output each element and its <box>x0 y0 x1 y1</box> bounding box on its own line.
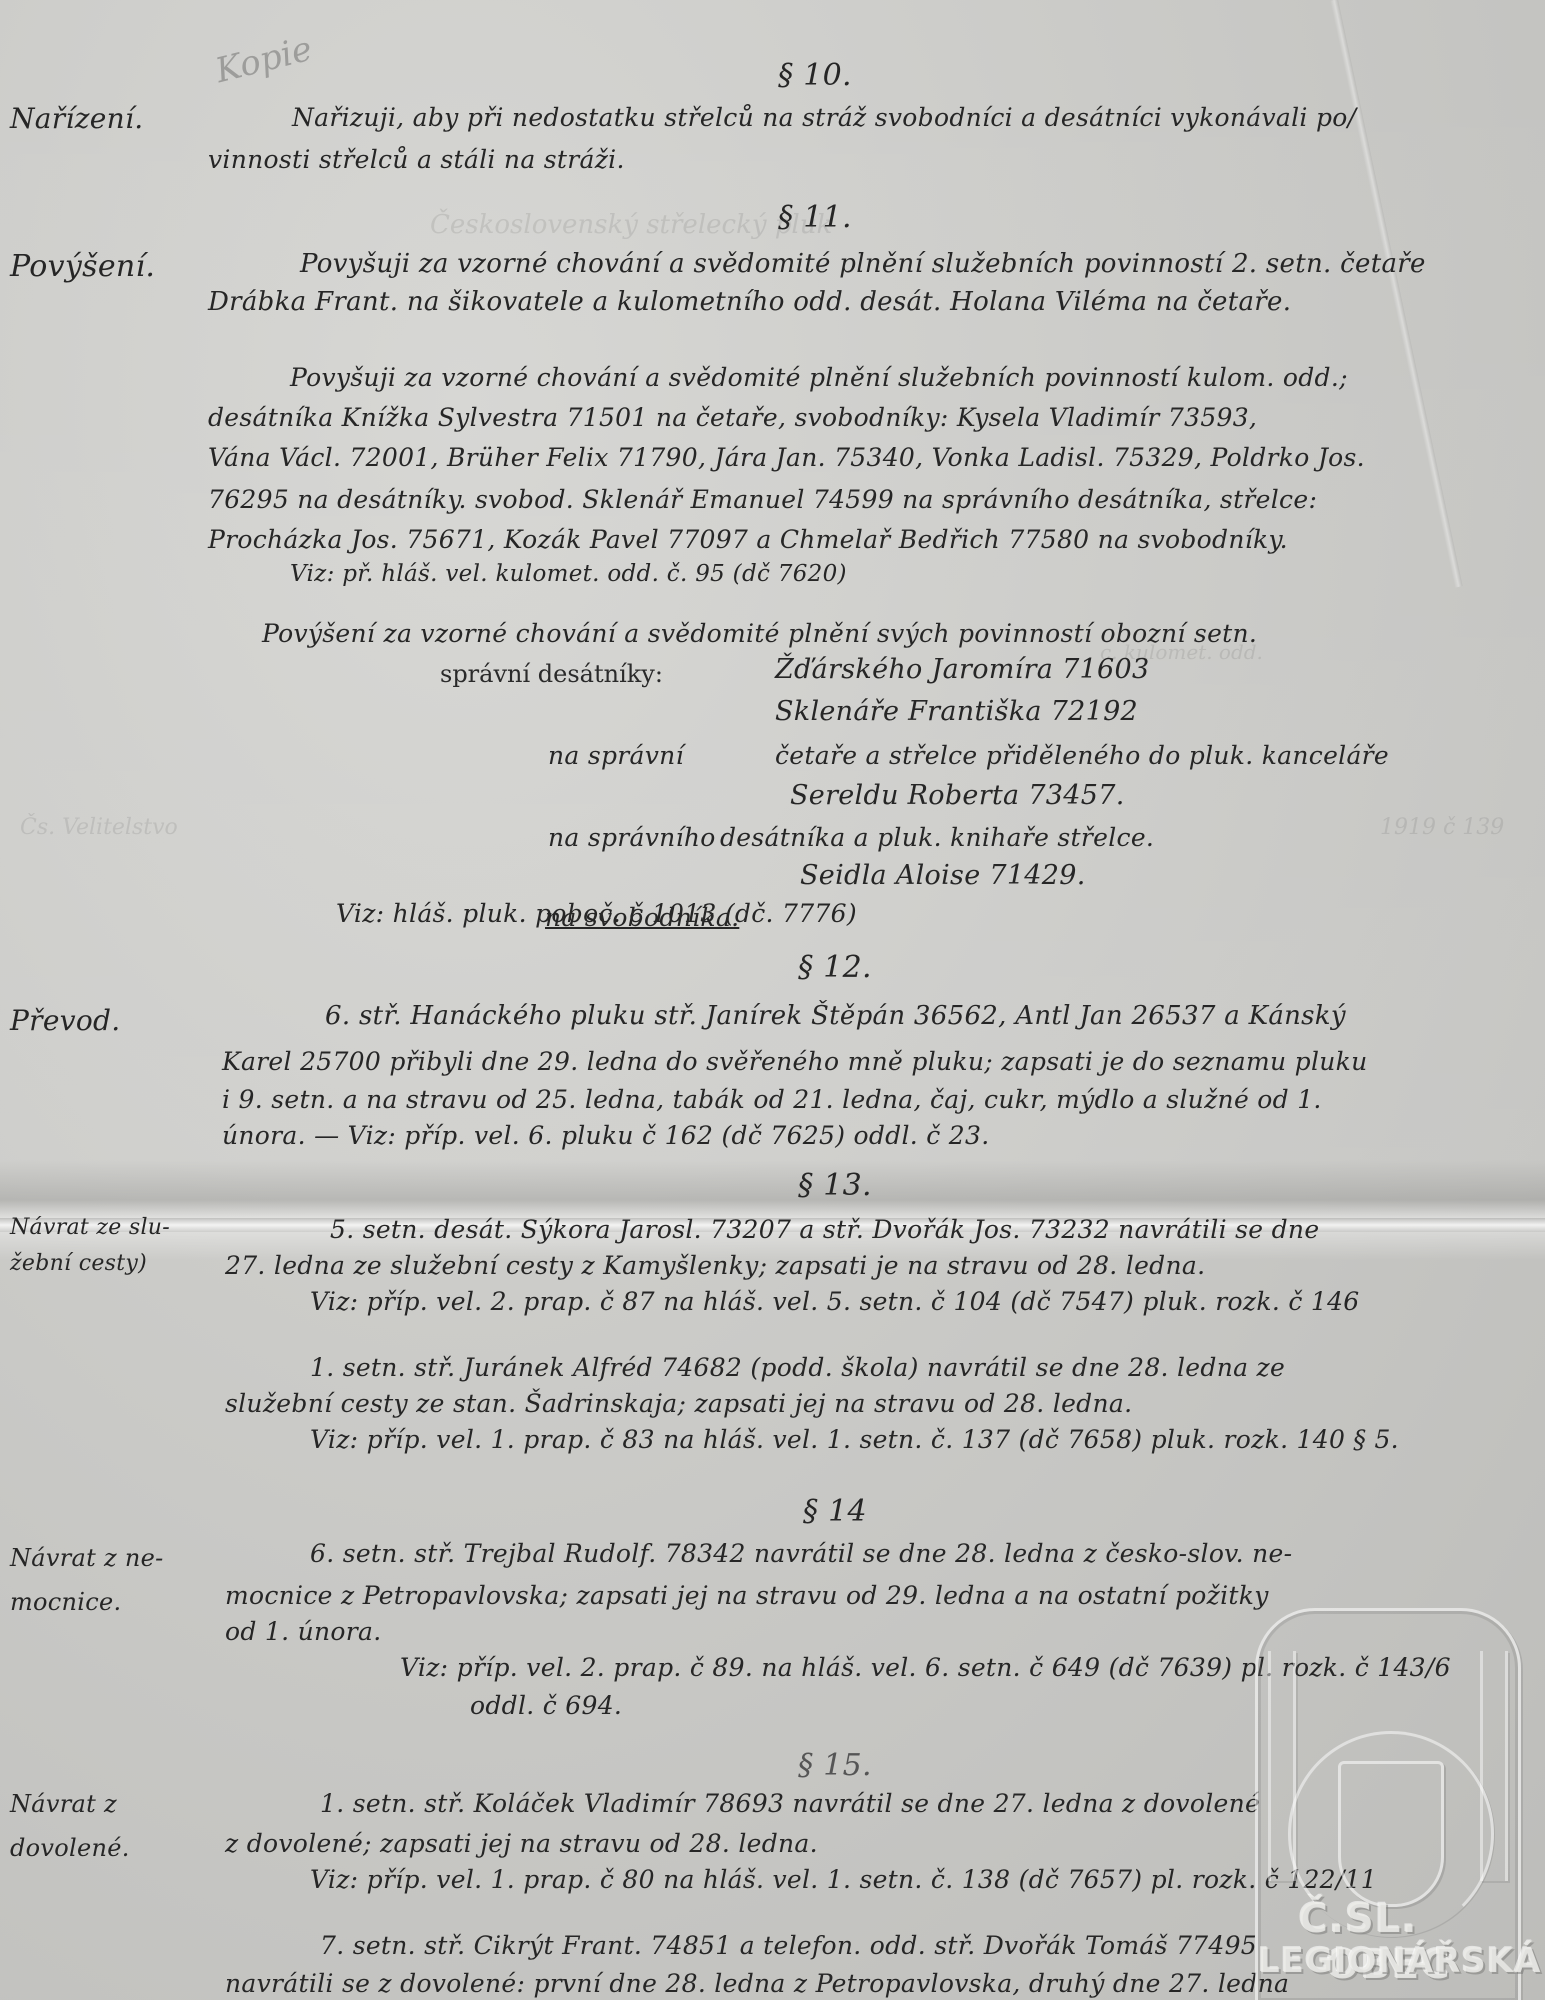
section-13-p1-reference: Viz: příp. vel. 2. prap. č 87 na hláš. v… <box>310 1284 1359 1320</box>
section-11-p2-line-3: Vána Václ. 72001, Brüher Felix 71790, Já… <box>208 440 1365 476</box>
section-11-p2-line-5: Procházka Jos. 75671, Kozák Pavel 77097 … <box>208 522 1288 558</box>
section-13-p2-reference: Viz: příp. vel. 1. prap. č 83 na hláš. v… <box>310 1422 1399 1458</box>
section-13-p1-line-1: 5. setn. desát. Sýkora Jarosl. 73207 a s… <box>330 1212 1319 1248</box>
section-12-line-4: února. — Viz: příp. vel. 6. pluku č 162 … <box>222 1118 989 1154</box>
embossed-legion-stamp: Č.SL.OBEC LEGIONÁŘSKÁ <box>1255 1608 1521 2000</box>
section-mark-10: § 10. <box>745 58 885 93</box>
section-11-p2-line-1: Povyšuji za vzorné chování a svědomité p… <box>290 360 1348 396</box>
section-14-line-3: od 1. února. <box>225 1614 381 1650</box>
margin-label-line: Návrat ze slu- <box>10 1210 210 1246</box>
section-mark-14: § 14 <box>765 1494 905 1529</box>
stamp-text-csl: Č.SL. <box>1298 1896 1417 1942</box>
section-mark-13: § 13. <box>765 1168 905 1203</box>
margin-label-line: dovolené. <box>10 1826 210 1870</box>
section-15-p1-line-1: 1. setn. stř. Koláček Vladimír 78693 nav… <box>320 1786 1260 1822</box>
margin-label-prevod: Převod. <box>10 1000 210 1042</box>
promotion-name: Seidla Aloise 71429. <box>800 858 1086 894</box>
margin-label-navrat-ze-sluzebni-cesty: Návrat ze slu- žební cesty) <box>10 1210 210 1282</box>
margin-label-povyseni: Povýšení. <box>10 246 210 288</box>
section-11-p1-line-2: Drábka Frant. na šikovatele a kulometníh… <box>208 284 1291 320</box>
section-11-p3-line-1: Povýšení za vzorné chování a svědomité p… <box>262 616 1257 652</box>
margin-label-narizeni: Nařízení. <box>10 98 210 140</box>
promotion-prefix: správní desátníky: <box>440 656 663 692</box>
stamp-text-line-2: LEGIONÁŘSKÁ <box>1258 1941 1518 1981</box>
margin-label-line: Návrat z ne- <box>10 1536 210 1580</box>
promotion-prefix: na správní <box>548 738 684 774</box>
margin-label-line: žební cesty) <box>10 1246 210 1282</box>
coat-of-arms-icon <box>1338 1761 1444 1907</box>
section-15-p1-reference: Viz: příp. vel. 1. prap. č 80 na hláš. v… <box>310 1862 1377 1898</box>
section-15-p2-line-2: navrátili se z dovolené: první dne 28. l… <box>225 1966 1289 2000</box>
section-mark-11: § 11. <box>745 200 885 235</box>
margin-label-line: mocnice. <box>10 1580 210 1624</box>
margin-label-navrat-z-dovolene: Návrat z dovolené. <box>10 1782 210 1870</box>
section-11-p2-line-4: 76295 na desátníky. svobod. Sklenář Eman… <box>208 482 1317 518</box>
section-14-line-2: mocnice z Petropavlovska; zapsati jej na… <box>225 1578 1269 1614</box>
section-10-line-2: vinnosti střelců a stáli na stráži. <box>208 142 625 178</box>
section-11-p2-reference: Viz: př. hláš. vel. kulomet. odd. č. 95 … <box>290 556 847 592</box>
promotion-name: Sereldu Roberta 73457. <box>790 778 1125 814</box>
section-10-line-1: Nařizuji, aby při nedostatku střelců na … <box>292 100 1356 136</box>
promotion-name: četaře a střelce přiděleného do pluk. ka… <box>775 738 1389 774</box>
section-mark-15: § 15. <box>765 1748 905 1783</box>
promotion-name: desátníka a pluk. knihaře střelce. <box>720 820 1154 856</box>
section-12-line-1: 6. stř. Hanáckého pluku stř. Janírek Ště… <box>325 998 1346 1034</box>
section-12-line-3: i 9. setn. a na stravu od 25. ledna, tab… <box>222 1082 1322 1118</box>
section-14-line-1: 6. setn. stř. Trejbal Rudolf. 78342 navr… <box>310 1536 1292 1572</box>
section-11-p3-reference: Viz: hláš. pluk. poboč. č 1013 (dč. 7776… <box>336 896 857 932</box>
section-11-p2-line-2: desátníka Knížka Sylvestra 71501 na četa… <box>208 400 1257 436</box>
bleed-through-text: Čs. Velitelstvo <box>20 815 178 840</box>
margin-label-navrat-z-nemocnice: Návrat z ne- mocnice. <box>10 1536 210 1624</box>
margin-label-line: Návrat z <box>10 1782 210 1826</box>
section-11-p1-line-1: Povyšuji za vzorné chování a svědomité p… <box>300 246 1426 282</box>
section-14-reference-line-2: oddl. č 694. <box>470 1688 622 1724</box>
section-13-p2-line-1: 1. setn. stř. Juránek Alfréd 74682 (podd… <box>310 1350 1285 1386</box>
section-13-p1-line-2: 27. ledna ze služební cesty z Kamyšlenky… <box>225 1248 1205 1284</box>
bleed-through-text: 1919 č 139 <box>1380 815 1504 840</box>
section-15-p1-line-2: z dovolené; zapsati jej na stravu od 28.… <box>225 1826 818 1862</box>
promotion-name: Sklenáře Františka 72192 <box>775 694 1138 730</box>
promotion-name: Žďárského Jaromíra 71603 <box>775 652 1149 688</box>
section-13-p2-line-2: služební cesty ze stan. Šadrinskaja; zap… <box>225 1386 1132 1422</box>
section-mark-12: § 12. <box>765 950 905 985</box>
section-12-line-2: Karel 25700 přibyli dne 29. ledna do svě… <box>222 1044 1368 1080</box>
section-15-p2-line-1: 7. setn. stř. Cikrýt Frant. 74851 a tele… <box>320 1928 1257 1964</box>
promotion-prefix: na správního <box>548 820 716 856</box>
